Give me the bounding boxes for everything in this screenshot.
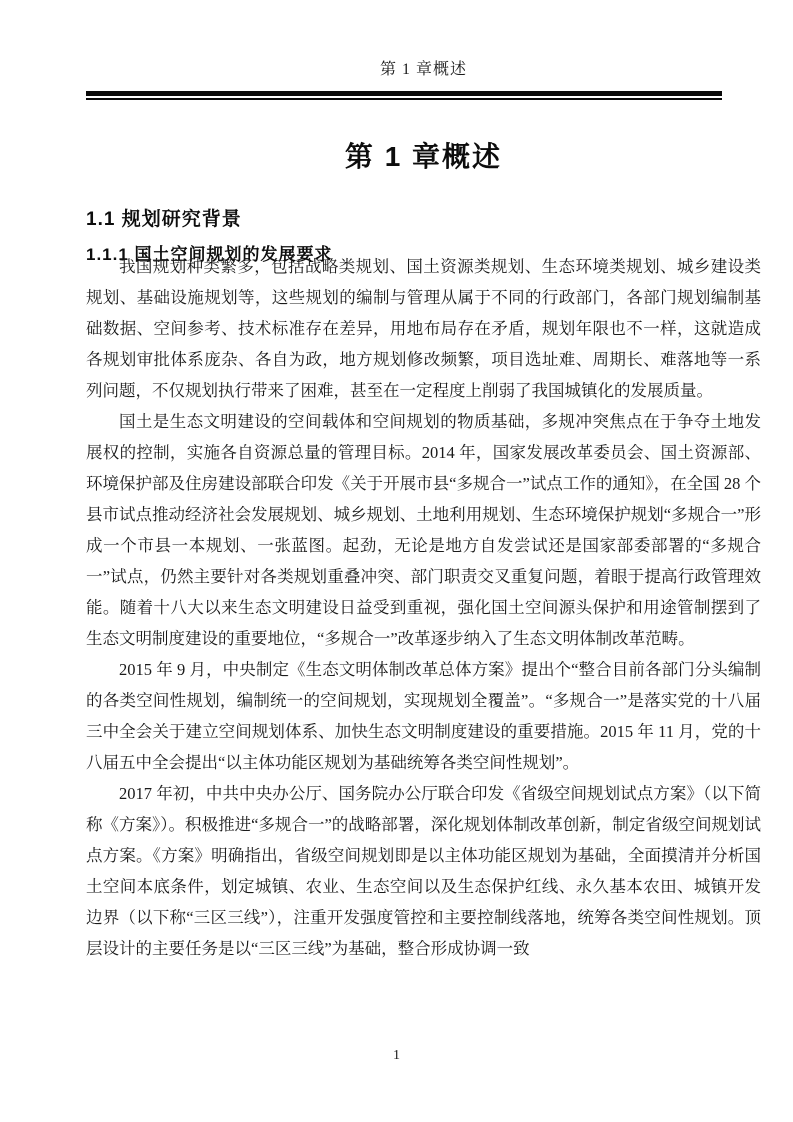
header-divider-rule: [86, 91, 722, 100]
paragraph-2: 国土是生态文明建设的空间载体和空间规划的物质基础，多规冲突焦点在于争夺土地发展权…: [86, 406, 761, 654]
chapter-title: 第 1 章概述: [86, 135, 761, 175]
running-header: 第 1 章概述: [86, 56, 761, 79]
document-page: 第 1 章概述 第 1 章概述 1.1 规划研究背景 1.1.1 国土空间规划的…: [0, 0, 793, 1122]
paragraph-1: 我国规划种类繁多，包括战略类规划、国土资源类规划、生态环境类规划、城乡建设类规划…: [86, 251, 761, 406]
paragraph-3: 2015 年 9 月，中央制定《生态文明体制改革总体方案》提出个“整合目前各部门…: [86, 654, 761, 778]
page-number: 1: [0, 1048, 793, 1064]
section-heading-1-1: 1.1 规划研究背景: [86, 204, 761, 231]
paragraph-4: 2017 年初，中共中央办公厅、国务院办公厅联合印发《省级空间规划试点方案》（以…: [86, 778, 761, 964]
body-text-block: 我国规划种类繁多，包括战略类规划、国土资源类规划、生态环境类规划、城乡建设类规划…: [86, 251, 761, 964]
